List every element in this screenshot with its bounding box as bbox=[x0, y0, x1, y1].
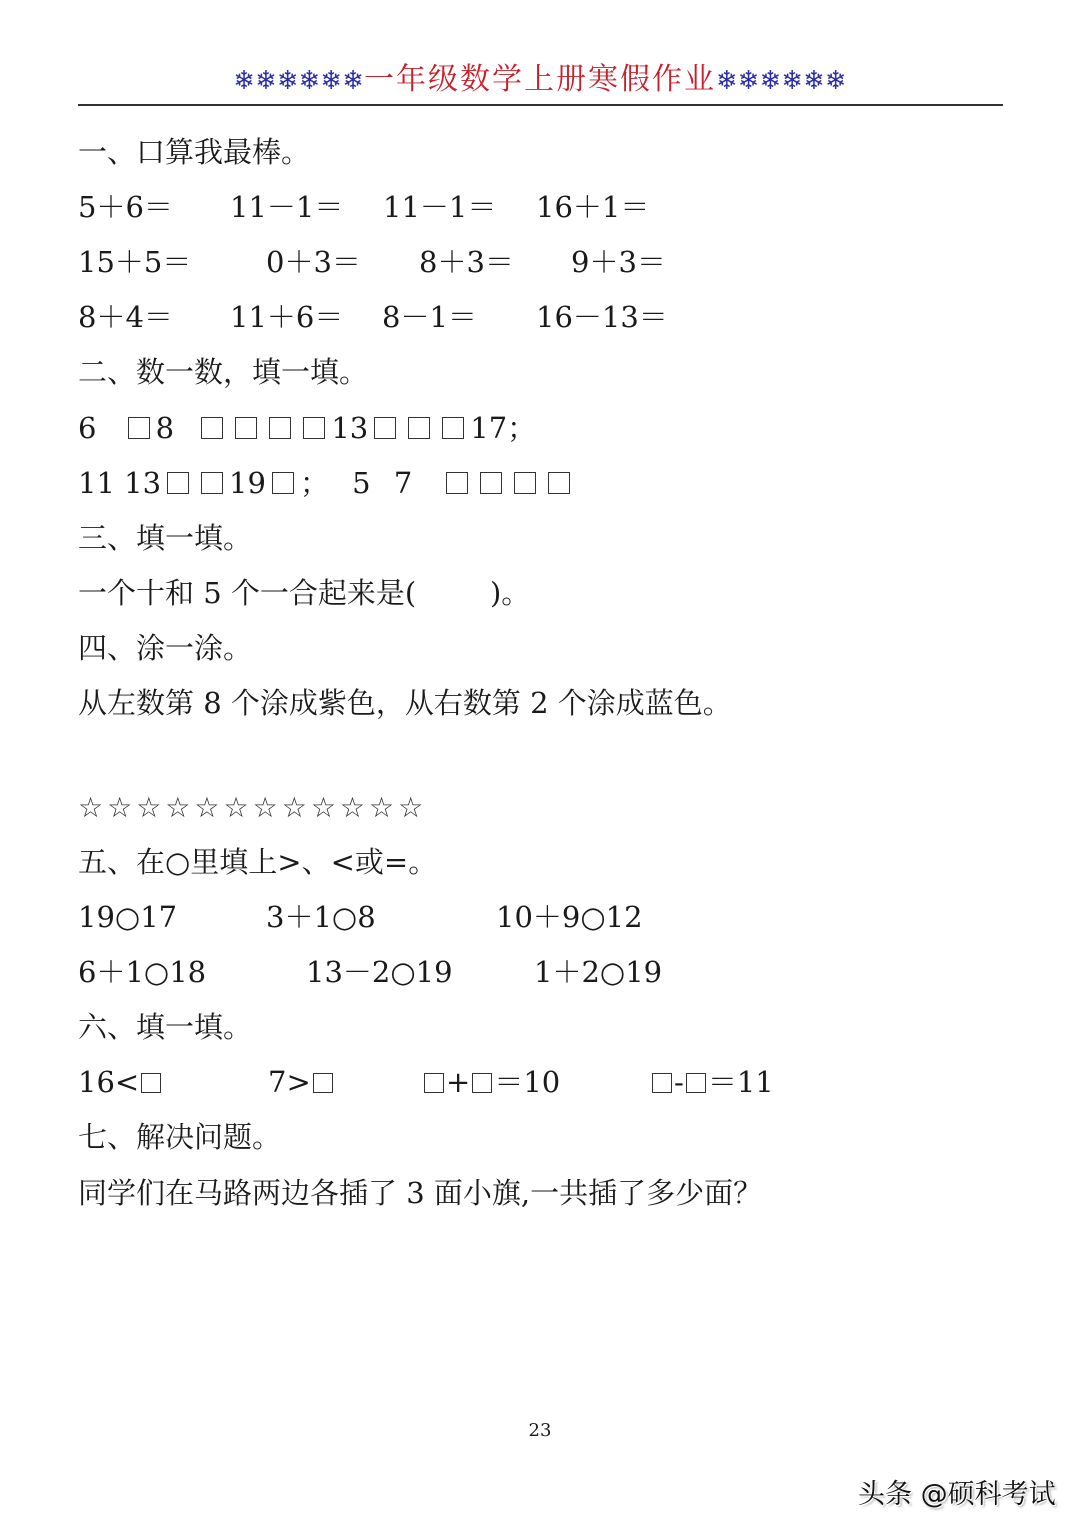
section-6-heading: 六、填一填。 bbox=[78, 1007, 252, 1047]
compare-problem: 19○17 bbox=[78, 897, 177, 937]
section-7-question: 同学们在马路两边各插了 3 面小旗,一共插了多少面？ bbox=[78, 1173, 762, 1213]
section-3-question: 一个十和 5 个一合起来是( )。 bbox=[78, 573, 530, 613]
answer-box[interactable] bbox=[424, 1073, 444, 1093]
answer-box[interactable] bbox=[201, 417, 223, 439]
problem: 5＋6＝ bbox=[78, 187, 173, 227]
problem: 11＋6＝ bbox=[230, 297, 343, 337]
problem: 16＋1＝ bbox=[536, 187, 649, 227]
page-number: 23 bbox=[0, 1420, 1080, 1441]
answer-box[interactable] bbox=[128, 417, 150, 439]
answer-box[interactable] bbox=[652, 1073, 672, 1093]
arithmetic-row-2: 15＋5＝ 0＋3＝ 8＋3＝ 9＋3＝ bbox=[78, 242, 978, 282]
problem: 16－13＝ bbox=[536, 297, 668, 337]
answer-box[interactable] bbox=[141, 1073, 161, 1093]
answer-box[interactable] bbox=[269, 417, 291, 439]
number-sequence-1: 6 8 1317； bbox=[78, 408, 536, 448]
problem: 11－1＝ bbox=[383, 187, 496, 227]
problem: 0＋3＝ bbox=[266, 242, 361, 282]
inequality-1: 16< bbox=[78, 1062, 163, 1102]
sequence-number: 13 bbox=[331, 411, 368, 445]
fill-in-row: 16< 7> +＝10 -＝11 bbox=[78, 1062, 978, 1102]
sequence-number: 11 13 bbox=[78, 466, 161, 500]
watermark: 头条 @硕科考试 bbox=[858, 1472, 1056, 1511]
section-7-heading: 七、解决问题。 bbox=[78, 1117, 281, 1157]
sequence-number: 5 bbox=[352, 466, 370, 500]
sequence-number: 8 bbox=[156, 411, 174, 445]
answer-box[interactable] bbox=[514, 472, 536, 494]
section-2-heading: 二、数一数，填一填。 bbox=[78, 352, 368, 392]
answer-box[interactable] bbox=[446, 472, 468, 494]
star-icons-row[interactable]: ☆☆☆☆☆☆☆☆☆☆☆☆ bbox=[78, 788, 427, 828]
problem: 8－1＝ bbox=[382, 297, 477, 337]
answer-box[interactable] bbox=[548, 472, 570, 494]
answer-box[interactable] bbox=[303, 417, 325, 439]
section-3-heading: 三、填一填。 bbox=[78, 518, 252, 558]
snowflake-icons-right: ❄❄❄❄❄❄ bbox=[716, 66, 847, 96]
answer-box[interactable] bbox=[313, 1073, 333, 1093]
compare-row-2: 6＋1○18 13－2○19 1＋2○19 bbox=[78, 952, 978, 992]
problem: 15＋5＝ bbox=[78, 242, 191, 282]
inequality-2: 7> bbox=[268, 1062, 335, 1102]
sequence-number: 17 bbox=[470, 411, 507, 445]
answer-box[interactable] bbox=[272, 472, 294, 494]
answer-box[interactable] bbox=[686, 1073, 706, 1093]
punctuation: ； bbox=[300, 466, 329, 500]
answer-box[interactable] bbox=[442, 417, 464, 439]
worksheet-header: ❄❄❄❄❄❄一年级数学上册寒假作业❄❄❄❄❄❄ bbox=[0, 58, 1080, 103]
section-5-heading: 五、在○里填上>、<或=。 bbox=[78, 842, 437, 882]
arithmetic-row-3: 8＋4＝ 11＋6＝ 8－1＝ 16－13＝ bbox=[78, 297, 978, 337]
problem: 9＋3＝ bbox=[571, 242, 666, 282]
answer-box[interactable] bbox=[235, 417, 257, 439]
arithmetic-row-1: 5＋6＝ 11－1＝ 11－1＝ 16＋1＝ bbox=[78, 187, 978, 227]
snowflake-icons-left: ❄❄❄❄❄❄ bbox=[233, 66, 364, 96]
addition-blank: +＝10 bbox=[422, 1062, 560, 1102]
problem: 11－1＝ bbox=[230, 187, 343, 227]
number-sequence-2: 11 1319； 5 7 bbox=[78, 463, 576, 503]
compare-problem: 13－2○19 bbox=[306, 952, 453, 992]
section-4-heading: 四、涂一涂。 bbox=[78, 628, 252, 668]
answer-box[interactable] bbox=[201, 472, 223, 494]
problem: 8＋3＝ bbox=[419, 242, 514, 282]
answer-box[interactable] bbox=[374, 417, 396, 439]
section-4-question: 从左数第 8 个涂成紫色，从右数第 2 个涂成蓝色。 bbox=[78, 683, 732, 723]
answer-box[interactable] bbox=[167, 472, 189, 494]
compare-problem: 6＋1○18 bbox=[78, 952, 206, 992]
sequence-number: 6 bbox=[78, 411, 96, 445]
sequence-number: 7 bbox=[394, 466, 412, 500]
compare-problem: 1＋2○19 bbox=[534, 952, 662, 992]
compare-problem: 10＋9○12 bbox=[496, 897, 643, 937]
answer-box[interactable] bbox=[480, 472, 502, 494]
answer-box[interactable] bbox=[472, 1073, 492, 1093]
compare-problem: 3＋1○8 bbox=[266, 897, 376, 937]
worksheet-title: 一年级数学上册寒假作业 bbox=[364, 62, 716, 97]
sequence-number: 19 bbox=[229, 466, 266, 500]
section-1-heading: 一、口算我最棒。 bbox=[78, 132, 310, 172]
answer-box[interactable] bbox=[408, 417, 430, 439]
punctuation: ； bbox=[507, 411, 536, 445]
problem: 8＋4＝ bbox=[78, 297, 173, 337]
compare-row-1: 19○17 3＋1○8 10＋9○12 bbox=[78, 897, 978, 937]
header-divider bbox=[78, 104, 1003, 106]
subtraction-blank: -＝11 bbox=[650, 1062, 774, 1102]
